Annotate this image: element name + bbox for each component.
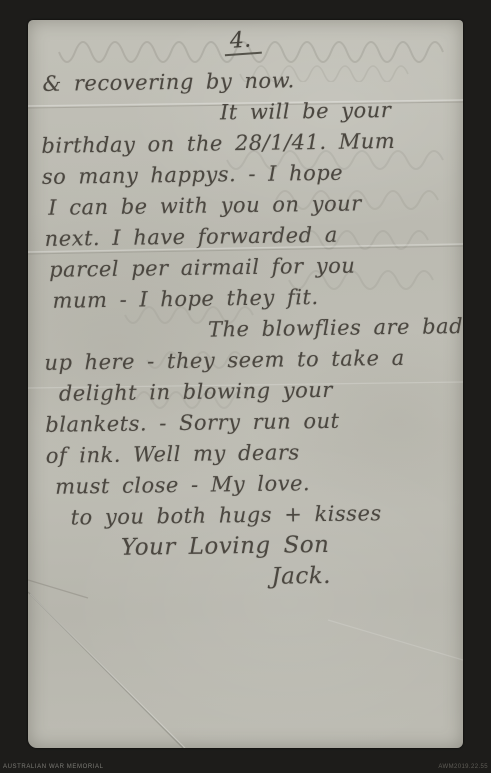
letter-line: birthday on the 28/1/41. Mum <box>41 125 451 162</box>
letter-signature: Jack. <box>271 559 457 593</box>
page-number: 4. <box>223 27 262 57</box>
catalog-number: AWM2019.22.55 <box>438 764 488 770</box>
awm-watermark: AUSTRALIAN WAR MEMORIAL <box>3 764 104 770</box>
letter-line: It will be your <box>220 94 451 128</box>
letter-closing: Your Loving Son <box>121 528 457 564</box>
letter-line: The blowflies are bad <box>208 311 454 345</box>
letter-body: & recovering by now. It will be your bir… <box>40 63 457 596</box>
archival-scan: 4. & recovering by now. It will be your … <box>0 0 491 773</box>
letter-line: up here - they seem to take a <box>44 342 454 379</box>
letter-page: 4. & recovering by now. It will be your … <box>28 20 463 748</box>
